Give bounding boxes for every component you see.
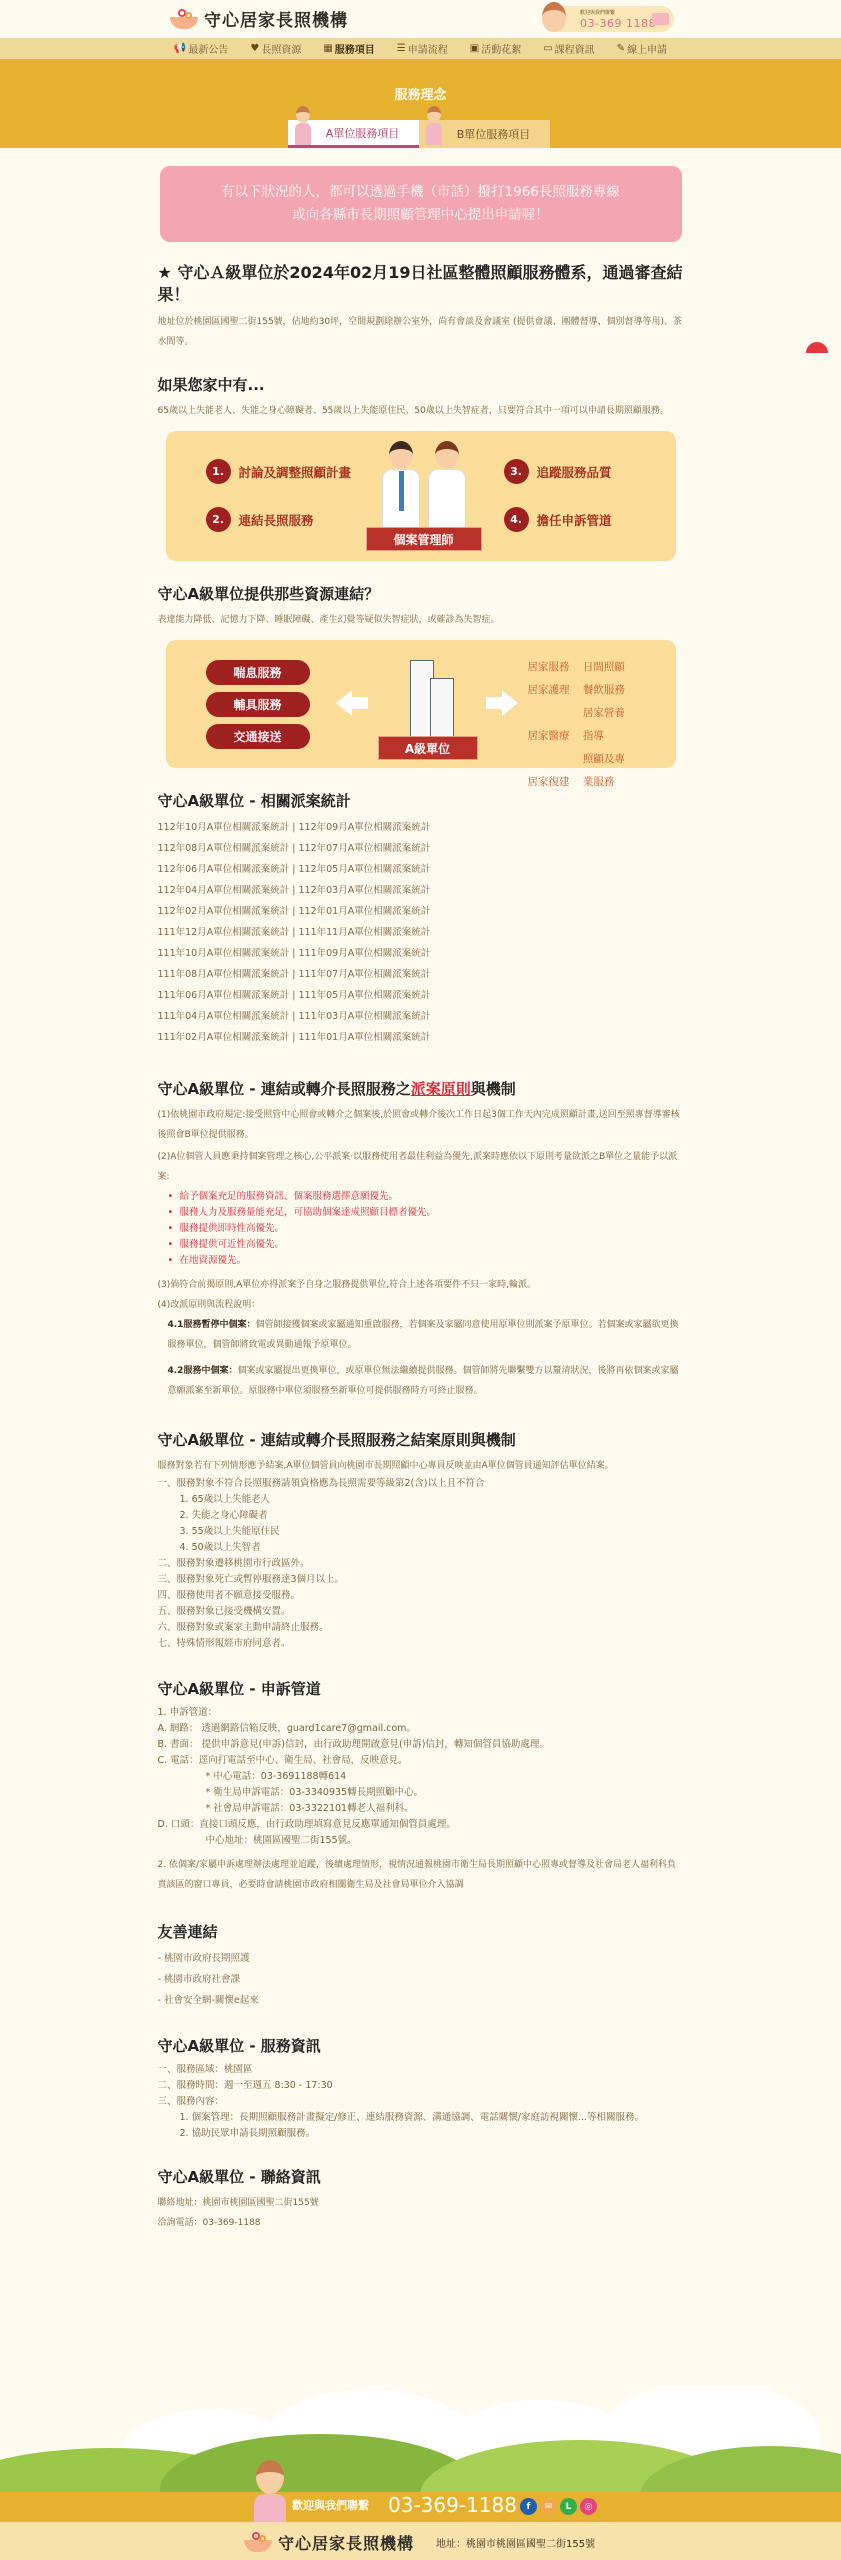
- dispatch-bullets: 給予個案充足的服務資訊、個案服務選擇意願優先。服務人力及服務量能充足，可協助個案…: [168, 1189, 684, 1269]
- footer-bottom: 守心居家長照機構 地址：桃園市桃園區國聖二街155號: [0, 2522, 841, 2560]
- friendly-links-title: 友善連結: [158, 1921, 684, 1942]
- service-hours: 二、服務時間：週一至週五 8:30 - 17:30: [158, 2078, 684, 2094]
- stats-link[interactable]: 111年11月A單位相關派案統計: [298, 927, 430, 938]
- hero-banner: 服務理念 A單位服務項目 B單位服務項目: [0, 62, 841, 148]
- service-info-title: 守心A級單位 - 服務資訊: [158, 2035, 684, 2056]
- eligibility-title: 如果您家中有...: [158, 374, 684, 395]
- contact-phone-text: 洽詢電話：03-369-1188: [158, 2213, 684, 2233]
- closure-item: 三、服務對象死亡或暫停服務達3個月以上。: [158, 1572, 684, 1588]
- friendly-link[interactable]: - 桃園市政府長期照護: [158, 1948, 684, 1969]
- nav-item-0[interactable]: 📢最新公告: [174, 41, 228, 56]
- closure-item: 七、特殊情形報經市府同意者。: [158, 1636, 684, 1652]
- stats-link[interactable]: 111年12月A單位相關派案統計: [158, 927, 290, 938]
- contact-address: 聯絡地址：桃園市桃園區國聖二街155號: [158, 2193, 684, 2213]
- unit-tabs: A單位服務項目 B單位服務項目: [288, 120, 550, 148]
- case-manager-diagram: 1. 討論及調整照顧計畫 2. 連結長照服務 3. 追蹤服務品質 4. 擔任申訴…: [166, 431, 676, 561]
- nav-item-5[interactable]: ▭課程資訊: [543, 41, 594, 56]
- dispatch-p3: (3)倘符合前揭原則,A單位亦得派案予自身之服務提供單位,符合上述各項要件不只一…: [158, 1275, 684, 1295]
- line-icon[interactable]: L: [560, 2498, 577, 2515]
- girl-mascot-icon: [294, 106, 312, 144]
- closure-sub-item: 2. 失能之身心障礙者: [158, 1508, 684, 1524]
- stats-row: 112年02月A單位相關派案統計 | 112年01月A單位相關派案統計: [158, 901, 684, 922]
- a-unit-ribbon: A級單位: [378, 736, 478, 760]
- resource-pill: 交通接送: [206, 724, 310, 749]
- stats-link[interactable]: 112年05月A單位相關派案統計: [298, 864, 430, 875]
- stats-link[interactable]: 111年04月A單位相關派案統計: [158, 1011, 290, 1022]
- stats-row: 111年04月A單位相關派案統計 | 111年03月A單位相關派案統計: [158, 1006, 684, 1027]
- dispatch-title: 守心A級單位 - 連結或轉介長照服務之派案原則與機制: [158, 1078, 684, 1099]
- stats-link[interactable]: 111年03月A單位相關派案統計: [298, 1011, 430, 1022]
- dispatch-principle-link[interactable]: 派案原則: [411, 1080, 471, 1098]
- callout-line-1: 有以下狀況的人，都可以透過手機（市話）撥打1966長照服務專線: [170, 181, 672, 204]
- closure-title: 守心A級單位 - 連結或轉介長照服務之結案原則與機制: [158, 1429, 684, 1450]
- footer-phone[interactable]: 03-369-1188: [388, 2493, 517, 2517]
- monitor-icon: ▭: [543, 43, 552, 54]
- step-4: 4. 擔任申訴管道: [504, 507, 612, 532]
- stats-link[interactable]: 111年09月A單位相關派案統計: [298, 948, 430, 959]
- step-3: 3. 追蹤服務品質: [504, 459, 612, 484]
- contact-label: 歡迎與我們聯繫: [580, 9, 615, 16]
- footer-welcome: 歡迎與我們聯繫: [292, 2497, 369, 2513]
- stats-row: 111年12月A單位相關派案統計 | 111年11月A單位相關派案統計: [158, 922, 684, 943]
- resource-pill: 喘息服務: [206, 660, 310, 685]
- stats-link[interactable]: 112年04月A單位相關派案統計: [158, 885, 290, 896]
- stats-row: 112年04月A單位相關派案統計 | 112年03月A單位相關派案統計: [158, 880, 684, 901]
- closure-item-1: 一、服務對象不符合長照服務請領資格應為長照需要等級第2(含)以上且不符合: [158, 1476, 684, 1492]
- stats-link[interactable]: 111年07月A單位相關派案統計: [298, 969, 430, 980]
- stats-row: 111年06月A單位相關派案統計 | 111年05月A單位相關派案統計: [158, 985, 684, 1006]
- eligibility-text: 65歲以上失能老人、失能之身心障礙者、55歲以上失能原住民、50歲以上失智症者，…: [158, 401, 684, 421]
- closure-item: 二、服務對象遷移桃園市行政區外。: [158, 1556, 684, 1572]
- megaphone-icon: 📢: [174, 43, 186, 54]
- dispatch-bullet: 服務提供即時性高優先。: [168, 1221, 684, 1237]
- stats-link[interactable]: 112年10月A單位相關派案統計: [158, 822, 290, 833]
- friendly-links: - 桃園市政府長期照護- 桃園市政府社會課- 社會安全網-關懷e起來: [158, 1948, 684, 2011]
- accreditation-title: ★ 守心Ａ級單位於2024年02月19日社區整體照顧服務體系，通過審查結果！: [158, 262, 684, 306]
- site-logo[interactable]: 守心居家長照機構: [170, 6, 348, 31]
- nav-label: 長照資源: [261, 41, 301, 56]
- doctors-illustration-icon: [374, 441, 474, 536]
- stats-link[interactable]: 112年08月A單位相關派案統計: [158, 843, 290, 854]
- facebook-icon[interactable]: f: [520, 2498, 537, 2515]
- resources-diagram: 喘息服務 輔具服務 交通接送 A級單位 居家服務 日間照顧 居家護理 餐飲服務 …: [166, 640, 676, 768]
- stats-link[interactable]: 112年06月A單位相關派案統計: [158, 864, 290, 875]
- list-icon: ☰: [397, 43, 406, 54]
- service-list: 居家服務 日間照顧 居家護理 餐飲服務 居家醫療 居家營養指導 居家復建 照顧及…: [528, 656, 635, 794]
- complaint-a: A. 網路： 透過網路信箱反映，guard1care7@gmail.com。: [158, 1721, 684, 1737]
- complaint-phone: * 社會局申訴電話：03-3322101轉老人福利科。: [158, 1801, 684, 1817]
- tab-label: A單位服務項目: [326, 125, 400, 141]
- friendly-link[interactable]: - 社會安全網-關懷e起來: [158, 1990, 684, 2011]
- callout-line-2: 或向各縣市長期照顧管理中心提出申請喔！: [170, 204, 672, 227]
- girl-avatar-icon: [542, 2, 566, 32]
- case-manager-ribbon: 個案管理師: [366, 527, 482, 551]
- heart-icon: ♥: [250, 43, 259, 54]
- logo-hand-heart-icon: [170, 7, 200, 31]
- footer-logo[interactable]: 守心居家長照機構: [244, 2530, 414, 2554]
- stats-row: 111年08月A單位相關派案統計 | 111年07月A單位相關派案統計: [158, 964, 684, 985]
- mail-icon[interactable]: [652, 13, 669, 25]
- stats-row: 112年06月A單位相關派案統計 | 112年05月A單位相關派案統計: [158, 859, 684, 880]
- dispatch-bullet: 服務提供可近性高優先。: [168, 1237, 684, 1253]
- complaint-phone: * 中心電話：03-3691188轉614: [158, 1769, 684, 1785]
- footer-landscape: [0, 2390, 841, 2500]
- footer-address: 地址：桃園市桃園區國聖二街155號: [436, 2535, 595, 2550]
- stats-links: 112年10月A單位相關派案統計 | 112年09月A單位相關派案統計112年0…: [158, 817, 684, 1048]
- stats-link[interactable]: 112年03月A單位相關派案統計: [298, 885, 430, 896]
- closure-item: 四、服務使用者不願意接受服務。: [158, 1588, 684, 1604]
- edit-icon: ✎: [617, 43, 625, 54]
- girl-mascot-icon: [250, 2450, 290, 2522]
- dispatch-sub-1: 4.1服務暫停中個案：個管師接獲個案或家屬通知重啟服務，若個案及家屬同意使用原單…: [158, 1315, 684, 1355]
- image-icon: ▣: [470, 43, 479, 54]
- step-1: 1. 討論及調整照顧計畫: [206, 459, 352, 484]
- stats-row: 111年10月A單位相關派案統計 | 111年09月A單位相關派案統計: [158, 943, 684, 964]
- brand-name: 守心居家長照機構: [204, 6, 348, 31]
- stats-link[interactable]: 112年02月A單位相關派案統計: [158, 906, 290, 917]
- tab-b-unit[interactable]: B單位服務項目: [419, 120, 550, 148]
- closure-items: 二、服務對象遷移桃園市行政區外。三、服務對象死亡或暫停服務達3個月以上。四、服務…: [158, 1556, 684, 1652]
- mail-icon[interactable]: ✉: [540, 2498, 557, 2515]
- complaint-c: C. 電話：逕向打電話至中心、衛生局、社會局，反映意見。: [158, 1753, 684, 1769]
- contact-phone: 03-369 1188: [580, 17, 656, 30]
- stats-row: 111年02月A單位相關派案統計 | 111年01月A單位相關派案統計: [158, 1027, 684, 1048]
- stats-link[interactable]: 111年10月A單位相關派案統計: [158, 948, 290, 959]
- nav-item-4[interactable]: ▣活動花絮: [470, 41, 521, 56]
- nav-label: 服務項目: [335, 41, 375, 56]
- resource-pill: 輔具服務: [206, 692, 310, 717]
- instagram-icon[interactable]: ◎: [580, 2498, 597, 2515]
- complaint-p2: 2. 依個案/家屬申訴處理辦法處理並追蹤，後續處理情形，視情況通報桃園市衛生局長…: [158, 1855, 684, 1895]
- complaint-b: B. 書面： 提供申訴意見(申訴)信封，由行政助理開啟意見(申訴)信封，轉知個管…: [158, 1737, 684, 1753]
- page-title: 服務理念: [0, 84, 841, 103]
- stats-link[interactable]: 112年01月A單位相關派案統計: [298, 906, 430, 917]
- stats-link[interactable]: 111年06月A單位相關派案統計: [158, 990, 290, 1001]
- stats-link[interactable]: 112年07月A單位相關派案統計: [298, 843, 430, 854]
- dispatch-bullet: 在地資源優先。: [168, 1253, 684, 1269]
- friendly-link[interactable]: - 桃園市政府社會課: [158, 1969, 684, 1990]
- stats-link[interactable]: 111年05月A單位相關派案統計: [298, 990, 430, 1001]
- stats-link[interactable]: 111年02月A單位相關派案統計: [158, 1032, 290, 1043]
- nav-label: 線上申請: [627, 41, 667, 56]
- complaint-title: 守心A級單位 - 申訴管道: [158, 1678, 684, 1699]
- resources-text: 表達能力降低、記憶力下降、睡眠障礙、產生幻覺等疑似失智症狀，或確診為失智症。: [158, 610, 684, 630]
- dispatch-p4: (4)改派原則與流程說明：: [158, 1295, 684, 1315]
- stats-row: 112年08月A單位相關派案統計 | 112年07月A單位相關派案統計: [158, 838, 684, 859]
- stats-row: 112年10月A單位相關派案統計 | 112年09月A單位相關派案統計: [158, 817, 684, 838]
- calendar-icon: ▦: [323, 43, 332, 54]
- footer-brand: 守心居家長照機構: [278, 2531, 414, 2554]
- arrow-right-icon: [502, 690, 518, 716]
- closure-item: 六、服務對象或案家主動申請終止服務。: [158, 1620, 684, 1636]
- stats-link[interactable]: 111年01月A單位相關派案統計: [298, 1032, 430, 1043]
- step-2: 2. 連結長照服務: [206, 507, 314, 532]
- resources-title: 守心A級單位提供那些資源連結？: [158, 583, 684, 604]
- hotline-callout: 有以下狀況的人，都可以透過手機（市話）撥打1966長照服務專線 或向各縣市長期照…: [160, 166, 682, 242]
- stats-link[interactable]: 111年08月A單位相關派案統計: [158, 969, 290, 980]
- footer-contact-band: 歡迎與我們聯繫 03-369-1188 f✉L◎: [0, 2492, 841, 2522]
- accreditation-text: 地址位於桃園區國聖二街155號，佔地約30坪，空間規劃除辦公室外，尚有會談及會議…: [158, 312, 684, 352]
- dispatch-bullet: 服務人力及服務量能充足，可協助個案達成照顧目標者優先。: [168, 1205, 684, 1221]
- closure-sub-item: 1. 65歲以上失能老人: [158, 1492, 684, 1508]
- complaint-phone: * 衛生局申訴電話：03-3340935轉長期照顧中心。: [158, 1785, 684, 1801]
- dispatch-bullet: 給予個案充足的服務資訊、個案服務選擇意願優先。: [168, 1189, 684, 1205]
- complaint-label: 1. 申訴管道：: [158, 1705, 684, 1721]
- main-nav: 📢最新公告♥長照資源▦服務項目☰申請流程▣活動花絮▭課程資訊✎線上申請: [0, 38, 841, 62]
- nav-label: 課程資訊: [555, 41, 595, 56]
- logo-hand-heart-icon: [244, 2530, 274, 2554]
- contact-phone-box[interactable]: 歡迎與我們聯繫 03-369 1188: [546, 6, 674, 32]
- closure-item: 五、服務對象已接受機構安置。: [158, 1604, 684, 1620]
- nav-label: 申請流程: [408, 41, 448, 56]
- service-content-1: 1. 個案管理：長期照顧服務計畫擬定/修正、連結服務資源、溝通協調、電話關懷/家…: [158, 2110, 684, 2126]
- site-header: 守心居家長照機構 歡迎與我們聯繫 03-369 1188: [0, 0, 841, 38]
- nav-label: 活動花絮: [481, 41, 521, 56]
- service-area: 一、服務區域：桃園區: [158, 2062, 684, 2078]
- nav-item-1[interactable]: ♥長照資源: [250, 41, 301, 56]
- complaint-d: D. 口頭：直接口頭反應，由行政助理填寫意見反應單通知個管員處理。: [158, 1817, 684, 1833]
- nav-item-6[interactable]: ✎線上申請: [617, 41, 667, 56]
- nav-item-2[interactable]: ▦服務項目: [323, 41, 374, 56]
- building-icon: [404, 660, 462, 742]
- closure-sub-item: 4. 50歲以上失智者: [158, 1540, 684, 1556]
- dispatch-p1: (1)依桃園市政府規定:接受照管中心照會或轉介之個案後,於照會或轉介後次工作日起…: [158, 1105, 684, 1145]
- contact-info-title: 守心A級單位 - 聯絡資訊: [158, 2166, 684, 2187]
- complaint-phones: * 中心電話：03-3691188轉614* 衛生局申訴電話：03-334093…: [158, 1769, 684, 1817]
- complaint-address: 中心地址：桃園區國聖二街155號。: [158, 1833, 684, 1849]
- nav-label: 最新公告: [188, 41, 228, 56]
- closure-intro: 服務對象若有下列情形應予結案,A單位個管員向桃園市長期照顧中心專員反映並由A單位…: [158, 1456, 684, 1476]
- closure-sub-items: 1. 65歲以上失能老人2. 失能之身心障礙者3. 55歲以上失能原住民4. 5…: [158, 1492, 684, 1556]
- tab-label: B單位服務項目: [457, 126, 531, 142]
- stats-link[interactable]: 112年09月A單位相關派案統計: [298, 822, 430, 833]
- main-content: 有以下狀況的人，都可以透過手機（市話）撥打1966長照服務專線 或向各縣市長期照…: [158, 148, 684, 2233]
- dispatch-p2: (2)A位個管人員應秉持個案管理之核心,公平派案·以服務使用者最佳利益為優先,派…: [158, 1147, 684, 1187]
- tab-a-unit[interactable]: A單位服務項目: [288, 120, 419, 148]
- arrow-left-icon: [336, 690, 352, 716]
- service-content-2: 2. 協助民眾申請長期照顧服務。: [158, 2126, 684, 2142]
- closure-sub-item: 3. 55歲以上失能原住民: [158, 1524, 684, 1540]
- service-content-label: 三、服務內容：: [158, 2094, 684, 2110]
- side-float-button[interactable]: [806, 342, 828, 353]
- dispatch-sub-2: 4.2服務中個案：個案或家屬提出更換單位，或原單位無法繼續提供服務。個管師將先聯…: [158, 1361, 684, 1401]
- nav-item-3[interactable]: ☰申請流程: [397, 41, 448, 56]
- girl-mascot-icon: [425, 106, 443, 144]
